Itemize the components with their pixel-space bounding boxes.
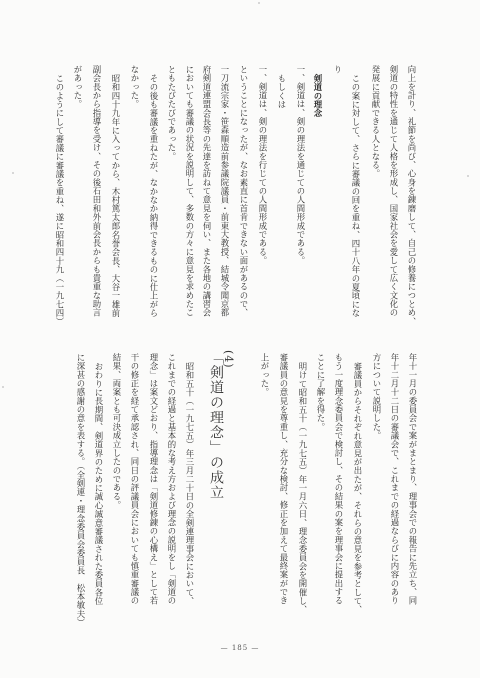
text-column: なかった。	[129, 65, 139, 108]
text-column: ともたびたびであった。	[166, 65, 176, 161]
text-column: 一刀流宗家・笹森順造前参議院議員・前東大教授、結城令聞京都	[219, 65, 229, 317]
text-column: その後も審議を重ねたが、なかなか納得できるものに仕上がら	[148, 74, 158, 317]
text-column: 明けて昭和五十（一九七五）年一月六日、理念委員会を開催し、	[297, 362, 307, 614]
scan-speck	[467, 175, 469, 177]
text-column: 副会長から指導を受け、その後石田和外前会長からも貴重な助言	[91, 65, 101, 317]
text-column: これまでの経過と基本的な考え方および理念の説明をし「剣道の	[166, 353, 176, 605]
text-column: 発展に貢献できる人となる。	[370, 65, 380, 178]
text-column: おわりに長期間、剣道界のために誠心誠意審議された委員各位	[93, 362, 103, 605]
text-column: もう一度理念委員会で検討し、その結果の案を理事会に提出する	[333, 353, 343, 605]
text-column: ことに了解を得た。	[315, 353, 325, 431]
section-title: 「剣道の理念」の成立	[208, 350, 224, 500]
text-column: 干の修正を経て承認され、同日の評議員会においても慎重審議の	[129, 353, 139, 605]
text-column: があった。	[72, 65, 82, 108]
text-column: り	[332, 65, 342, 74]
text-column: 一、剣道は、剣の理法を通じての人間形成である。	[295, 65, 305, 265]
text-column: この案に対して、さらに審議の回を重ね、四十八年の夏頃にな	[350, 74, 360, 317]
subheading-text: 剣道の理念	[312, 74, 322, 117]
text-column: 向上を計り、礼節を尚び、心身を錬磨して、自己の修養につとめ、	[406, 65, 416, 326]
text-column: 一、剣道は、剣の理法を行じての人間形成である。	[257, 65, 267, 265]
section-number: (4)	[223, 350, 234, 494]
text-column: 剣道の特性を通じて人格を形成し、国家社会を愛して広く文化の	[388, 65, 398, 317]
text-column: 結果、両案とも可決成立したのである。	[111, 353, 121, 509]
text-column: に深甚の感謝の意を表する。（全剣連・理念委員会委員長 松本敏夫）	[75, 353, 85, 627]
text-column: 方について説明した。	[371, 353, 381, 440]
text-column: 府剣道連盟会長等の先達を訪ねて意見を伺い、また各地の講習会	[201, 65, 211, 317]
text-column: 審議員からそれぞれ意見が出たが、それらの意見を参考として、	[352, 362, 362, 614]
text-column: ということになったが、なお素直に首肯できない面があるので、	[238, 65, 248, 317]
text-column: 審議員の意見を尊重し、充分な検討、修正を加えて最終案ができ	[278, 353, 288, 605]
section-heading: (4)「剣道の理念」の成立	[218, 350, 234, 500]
page-number: — 185 —	[0, 644, 480, 652]
text-column: 昭和五十（一九七五）年三月二十日の全剣連理事会において、	[184, 362, 194, 605]
text-column: 理念」は案文どおり、指導理念は「剣道修錬の心構え」として若	[148, 353, 158, 605]
scan-speck	[12, 172, 14, 174]
document-page: 向上を計り、礼節を尚び、心身を錬磨して、自己の修養につとめ、剣道の特性を通じて人…	[0, 0, 480, 678]
text-column: 年十一月の委員会で案がまとまり、理事会での報告に先立ち、同	[407, 353, 417, 605]
text-column: このようにして審議に審議を重ね、遂に昭和四十九（一九七四）	[54, 74, 64, 326]
text-column: においても審議の状況を説明して、多数の方々に意見を求めたこ	[184, 65, 194, 317]
text-column: もしくは	[276, 74, 286, 109]
text-column: 年十二月十二日の審議会で、これまでの経過ならびに内容のあり	[389, 353, 399, 605]
text-column: 昭和四十九年に入ってから、木村篤太郎名誉会長、大谷一雄前	[110, 74, 120, 317]
scan-speck	[258, 2, 260, 4]
text-column: 上がった。	[259, 353, 269, 396]
scan-speck	[2, 386, 4, 388]
